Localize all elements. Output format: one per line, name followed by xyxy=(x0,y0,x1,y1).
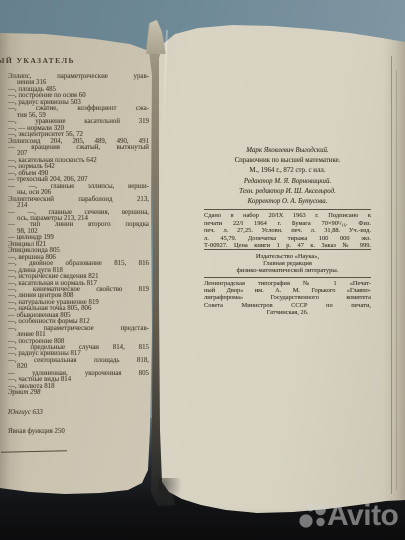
divider-rule xyxy=(204,277,371,278)
colophon-publisher-block: Издательство «Наука»,Главная редакцияфиз… xyxy=(204,253,371,275)
colophon-line: Сдано в набор 20/IX 1963 г. Подписано к xyxy=(204,212,371,220)
colophon-author-block: Марк Яковлевич Выгодский.Справочник по в… xyxy=(204,146,371,207)
colophon-line: физико-математической литературы. xyxy=(204,267,371,274)
colophon-print-data-block: Сдано в набор 20/IX 1963 г. Подписано кп… xyxy=(204,212,371,250)
avito-watermark: Avito xyxy=(280,488,405,540)
avito-wordmark: Avito xyxy=(327,501,398,531)
colophon-line: Справочник по высшей математике. xyxy=(204,156,371,166)
colophon-line: Техн. редактор И. Ш. Аксельрод. xyxy=(204,187,371,197)
colophon-line: Редактор М. Я. Ворновицкий. xyxy=(204,177,371,187)
colophon-line: печ. л. 27,25. Условн. печ. л. 31,88. Уч… xyxy=(204,227,371,235)
index-line: —, секториальная площадь 818, xyxy=(8,358,149,364)
page-edge-line xyxy=(396,70,397,490)
colophon-printer-block: Ленинградская типография № 1 «Печат-ный … xyxy=(204,280,371,316)
index-line: — вращения сжатый, вытянутый xyxy=(8,145,149,151)
colophon-line: Корректор О. А. Бутусова. xyxy=(204,197,371,207)
colophon-line: лиграфпрома» Государственного комитета xyxy=(204,294,371,301)
index-line: Юнгиус 633 xyxy=(8,410,149,416)
index-line: Явная функция 250 xyxy=(8,429,149,435)
page-edge-line xyxy=(391,56,392,494)
colophon-line: Марк Яковлевич Выгодский. xyxy=(204,146,371,156)
colophon-line: печати 22/I 1964 г. Бумага 70×90¹/₁₆. Фи… xyxy=(204,220,371,228)
colophon-line: Издательство «Наука», xyxy=(204,253,371,260)
page-corner-shadow xyxy=(158,478,182,508)
book-photo: ЫЙ УКАЗАТЕЛЬ Эллипс, параметрические ура… xyxy=(0,0,405,540)
divider-rule xyxy=(204,249,371,250)
index-header: ЫЙ УКАЗАТЕЛЬ xyxy=(0,56,75,65)
avito-logo-icon xyxy=(280,488,330,533)
index-line: Эрмит 298 xyxy=(8,390,149,396)
colophon-line: М., 1964 г., 872 стр. с илл. xyxy=(204,166,371,176)
index-line: Эллиптический параболоид 213, xyxy=(8,197,149,203)
divider-rule xyxy=(204,209,371,210)
index-column: Эллипс, параметрические урав- нения 316 … xyxy=(8,74,149,436)
colophon-line: Совета Министров СССР по печати, xyxy=(204,302,371,309)
